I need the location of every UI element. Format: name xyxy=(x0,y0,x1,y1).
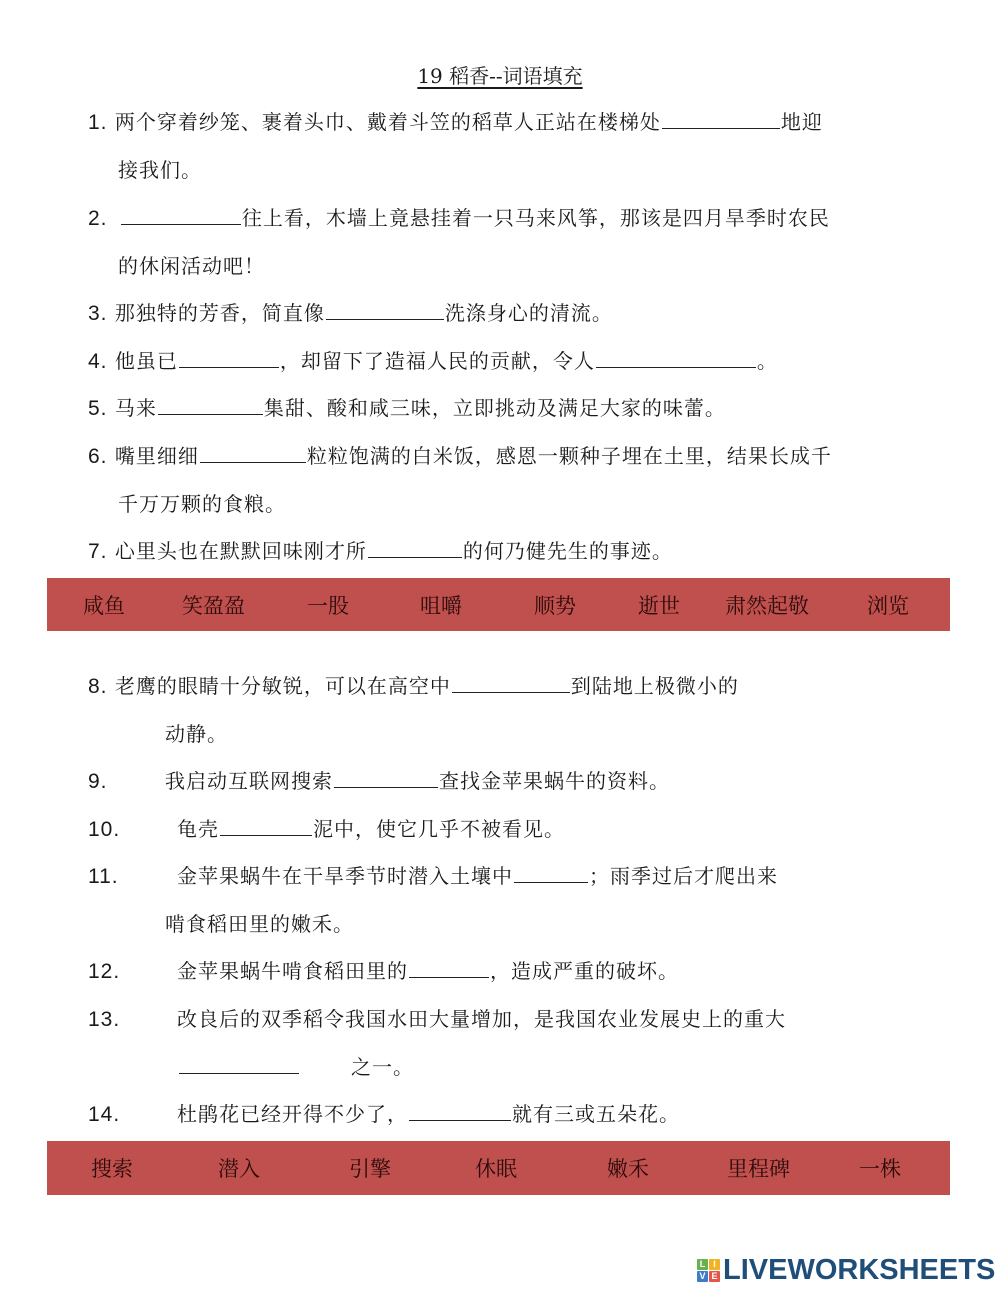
word-option[interactable]: 潜入 xyxy=(218,1153,260,1183)
question-6-cont: 千万万颗的食粮。 xyxy=(118,488,286,517)
word-option[interactable]: 顺势 xyxy=(534,590,576,620)
liveworksheets-logo: L I V E LIVEWORKSHEETS xyxy=(697,1257,995,1283)
word-option[interactable]: 咀嚼 xyxy=(420,590,462,620)
answer-blank-14[interactable] xyxy=(409,1102,511,1121)
answer-blank-3[interactable] xyxy=(326,301,444,320)
question-12: 12.金苹果蜗牛啃食稻田里的，造成严重的破坏。 xyxy=(88,955,679,984)
live-blocks-icon: L I V E xyxy=(697,1259,720,1282)
question-8: 8. 老鹰的眼睛十分敏锐，可以在高空中到陆地上极微小的 xyxy=(88,670,739,699)
word-option[interactable]: 里程碑 xyxy=(727,1153,790,1183)
answer-blank-8[interactable] xyxy=(452,674,570,693)
word-option[interactable]: 一股 xyxy=(307,590,349,620)
question-13: 13.改良后的双季稻令我国水田大量增加，是我国农业发展史上的重大 xyxy=(88,1003,786,1032)
question-10: 10.龟壳泥中，使它几乎不被看见。 xyxy=(88,813,565,842)
word-option[interactable]: 一株 xyxy=(859,1153,901,1183)
question-6: 6. 嘴里细细粒粒饱满的白米饭，感恩一颗种子埋在土里，结果长成千 xyxy=(88,440,832,469)
brand-name: LIVEWORKSHEETS xyxy=(723,1254,995,1287)
word-option[interactable]: 笑盈盈 xyxy=(182,590,245,620)
word-option[interactable]: 逝世 xyxy=(638,590,680,620)
word-option[interactable]: 引擎 xyxy=(349,1153,391,1183)
answer-blank-10[interactable] xyxy=(220,817,312,836)
answer-blank-11[interactable] xyxy=(514,864,588,883)
answer-blank-4b[interactable] xyxy=(596,349,756,368)
question-8-cont: 动静。 xyxy=(165,718,228,747)
worksheet-title: 19 稻香--词语填充 xyxy=(0,60,1000,89)
answer-blank-12[interactable] xyxy=(409,959,489,978)
question-1-cont: 接我们。 xyxy=(118,154,202,183)
word-option[interactable]: 嫩禾 xyxy=(607,1153,649,1183)
question-14: 14.杜鹃花已经开得不少了，就有三或五朵花。 xyxy=(88,1098,680,1127)
word-option[interactable]: 浏览 xyxy=(867,590,909,620)
question-13-cont: 之一。 xyxy=(178,1051,414,1080)
word-option[interactable]: 搜索 xyxy=(91,1153,133,1183)
word-option[interactable]: 肃然起敬 xyxy=(725,590,809,620)
answer-blank-5[interactable] xyxy=(158,396,263,415)
answer-blank-6[interactable] xyxy=(200,444,306,463)
answer-blank-4a[interactable] xyxy=(179,349,279,368)
question-2: 2. 往上看，木墙上竟悬挂着一只马来风筝，那该是四月旱季时农民 xyxy=(88,202,830,231)
question-2-cont: 的休闲活动吧！ xyxy=(118,250,265,279)
answer-blank-1[interactable] xyxy=(662,110,780,129)
word-option[interactable]: 休眠 xyxy=(475,1153,517,1183)
answer-blank-7[interactable] xyxy=(368,539,462,558)
question-11-cont: 啃食稻田里的嫩禾。 xyxy=(165,908,354,937)
answer-blank-9[interactable] xyxy=(334,769,438,788)
word-option[interactable]: 咸鱼 xyxy=(83,590,125,620)
question-5: 5. 马来集甜、酸和咸三味，立即挑动及满足大家的味蕾。 xyxy=(88,392,726,421)
question-3: 3. 那独特的芳香，简直像洗涤身心的清流。 xyxy=(88,297,613,326)
word-bank-1: 咸鱼 笑盈盈 一股 咀嚼 顺势 逝世 肃然起敬 浏览 xyxy=(47,578,950,631)
answer-blank-2[interactable] xyxy=(121,206,241,225)
question-11: 11.金苹果蜗牛在干旱季节时潜入土壤中；雨季过后才爬出来 xyxy=(88,860,778,889)
question-9: 9.我启动互联网搜索查找金苹果蜗牛的资料。 xyxy=(88,765,670,794)
question-7: 7. 心里头也在默默回味刚才所的何乃健先生的事迹。 xyxy=(88,535,673,564)
word-bank-2: 搜索 潜入 引擎 休眠 嫩禾 里程碑 一株 xyxy=(47,1141,950,1195)
question-4: 4. 他虽已，却留下了造福人民的贡献，令人。 xyxy=(88,345,778,374)
question-1: 1. 两个穿着纱笼、裹着头巾、戴着斗笠的稻草人正站在楼梯处地迎 xyxy=(88,106,823,135)
answer-blank-13[interactable] xyxy=(179,1055,299,1074)
